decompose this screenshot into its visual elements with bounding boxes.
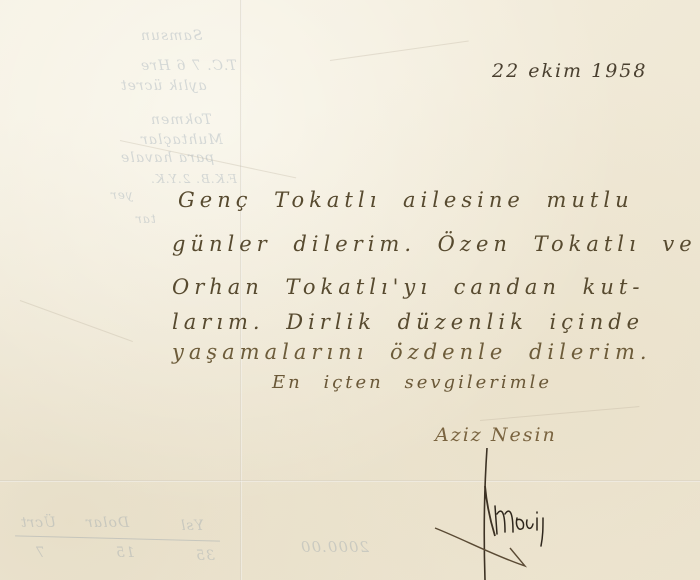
paper-wrinkle — [330, 41, 469, 61]
bleed-through-text: Dolar — [85, 515, 129, 531]
letter-line-2: günler dilerim. Özen Tokatlı ve — [172, 232, 697, 256]
letter-line-5: yaşamalarını özdenle dilerim. — [172, 340, 652, 364]
letter-date: 22 ekim 1958 — [492, 60, 647, 82]
bleed-through-text: 7 — [35, 545, 45, 561]
bleed-through-text: 15 — [115, 545, 135, 561]
bleed-through-text: Ücrt — [20, 515, 56, 531]
bleed-through-text: para havale — [120, 150, 214, 166]
horizontal-fold-crease — [0, 480, 700, 482]
bleed-through-text: 2000.00 — [300, 538, 369, 556]
bleed-through-text: F.K.B. 2.Y.K. — [150, 172, 237, 186]
letter-closing: En içten sevgilerimle — [272, 372, 552, 393]
bleed-through-text: Muhtaçlar — [140, 132, 223, 148]
paper-wrinkle — [480, 406, 639, 421]
bleed-through-text: tar — [135, 212, 156, 226]
bleed-through-rule — [15, 535, 220, 541]
bleed-through-text: T.C. 7 6 Hre — [140, 58, 237, 74]
bleed-through-text: 35 — [195, 548, 215, 564]
bleed-through-text: aylık ücret — [120, 78, 207, 94]
author-name: Aziz Nesin — [435, 424, 557, 446]
letter-line-4: larım. Dirlik düzenlik içinde — [172, 310, 644, 334]
bleed-through-text: Samsun — [140, 28, 202, 44]
signature-scribble — [425, 448, 595, 580]
bleed-through-text: yer — [110, 188, 133, 202]
bleed-through-text: Ysl — [180, 518, 204, 534]
letter-line-3: Orhan Tokatlı'yı candan kut- — [172, 275, 644, 299]
bleed-through-text: Tokmen — [150, 112, 212, 128]
letter-line-1: Genç Tokatlı ailesine mutlu — [178, 188, 634, 212]
letter-paper: Samsun T.C. 7 6 Hre aylık ücret Tokmen M… — [0, 0, 700, 580]
paper-wrinkle — [20, 300, 133, 342]
